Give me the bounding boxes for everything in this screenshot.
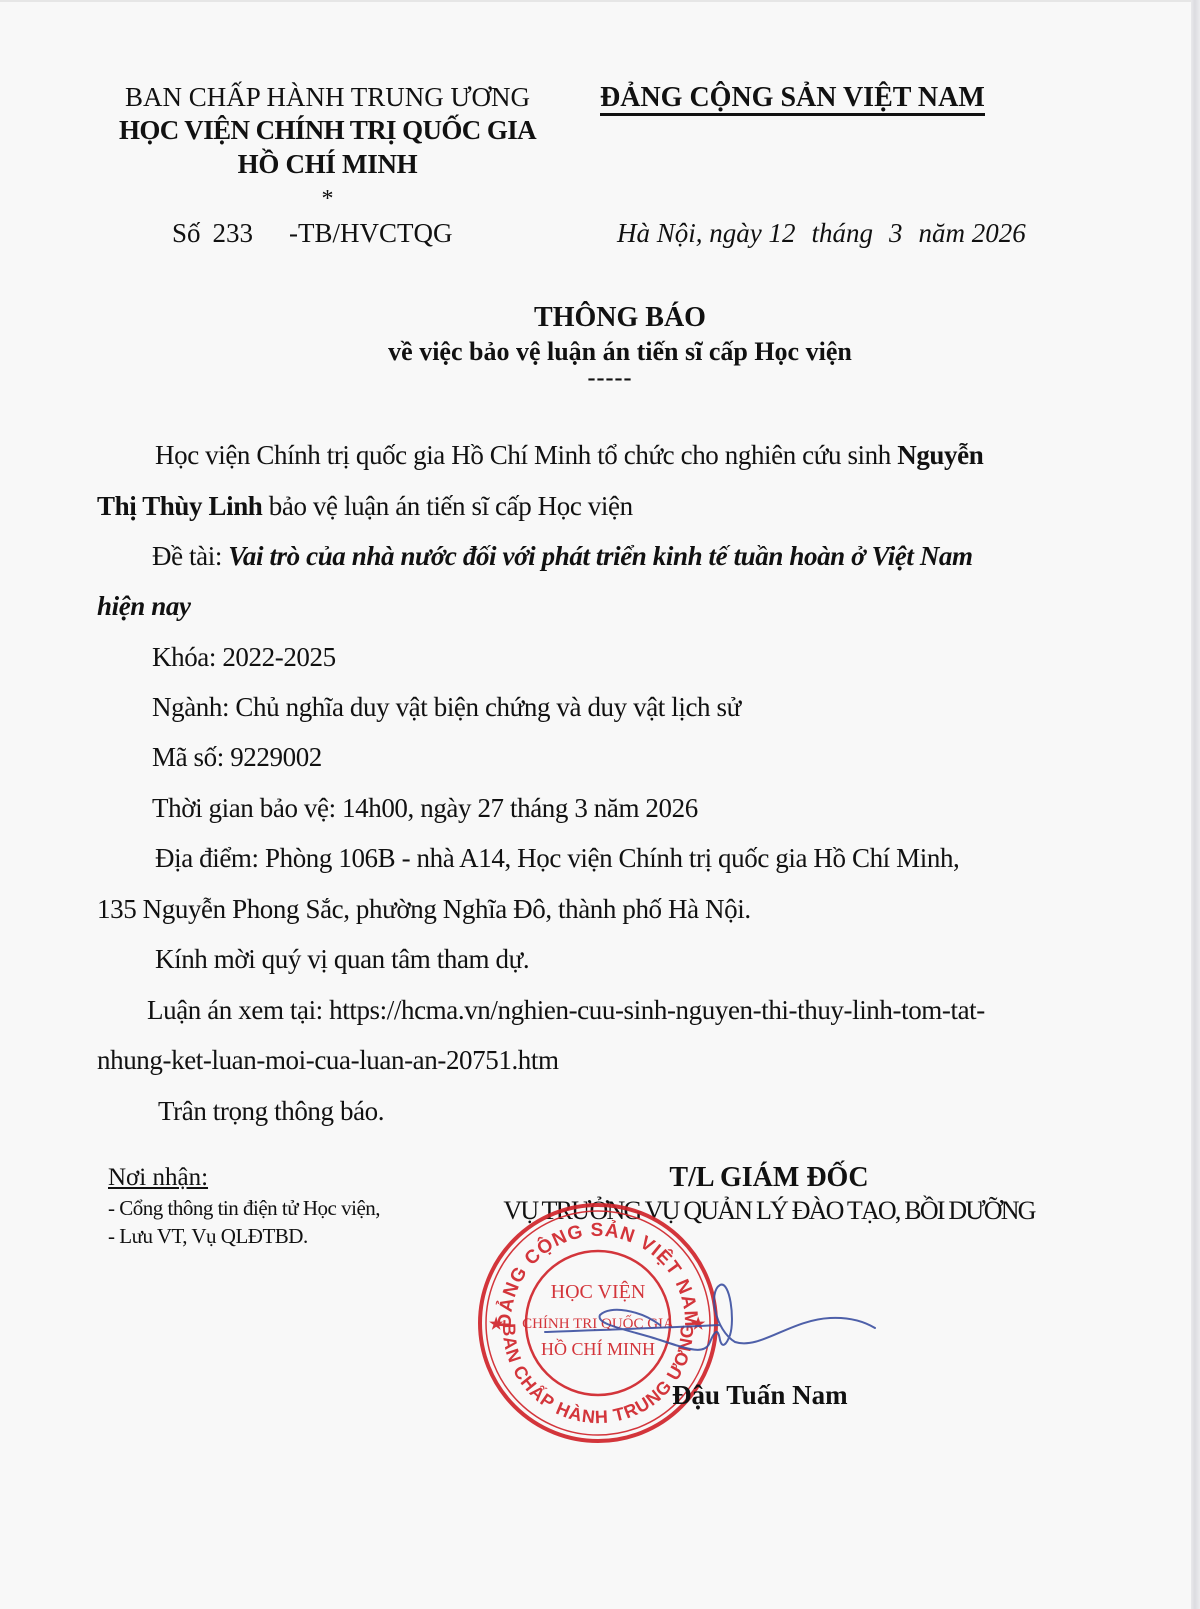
major-code: Mã số: 9229002 <box>152 742 322 773</box>
thesis-link[interactable]: https://hcma.vn/nghien-cuu-sinh-nguyen-t… <box>329 995 985 1025</box>
document-title: THÔNG BÁO <box>0 302 1200 334</box>
candidate-name-part2: Thị Thùy Linh <box>97 491 262 521</box>
topic-title: Vai trò của nhà nước đối với phát triển … <box>228 541 972 571</box>
major: Ngành: Chủ nghĩa duy vật biện chứng và d… <box>152 692 741 723</box>
handwritten-signature-icon <box>540 1270 880 1380</box>
location-cont: 135 Nguyễn Phong Sắc, phường Nghĩa Đô, t… <box>97 894 751 925</box>
closing: Trân trọng thông báo. <box>158 1096 384 1127</box>
recipient-item: - Cổng thông tin điện tử Học viện, <box>108 1196 380 1221</box>
location: Địa điểm: Phòng 106B - nhà A14, Học viện… <box>155 843 959 874</box>
header-star: * <box>95 186 560 213</box>
defense-time: Thời gian bảo vệ: 14h00, ngày 27 tháng 3… <box>152 793 698 824</box>
org-name-line1: HỌC VIỆN CHÍNH TRỊ QUỐC GIA <box>95 115 560 146</box>
thesis-link-line: Luận án xem tại: https://hcma.vn/nghien-… <box>147 995 985 1026</box>
candidate-name-part1: Nguyễn <box>897 440 983 470</box>
title-divider: ----- <box>0 365 1200 392</box>
issue-date: Hà Nội, ngày 12tháng3năm 2026 <box>617 218 1026 249</box>
intro-line-2: Thị Thùy Linh bảo vệ luận án tiến sĩ cấp… <box>97 491 633 522</box>
scrollbar[interactable] <box>1191 0 1200 1609</box>
document-number: Số233-TB/HVCTQG <box>172 218 453 249</box>
document-subject: về việc bảo vệ luận án tiến sĩ cấp Học v… <box>0 337 1200 367</box>
svg-text:★: ★ <box>489 1316 504 1333</box>
topic-line: Đề tài: Vai trò của nhà nước đối với phá… <box>152 541 973 572</box>
signature-on-behalf: T/L GIÁM ĐỐC <box>475 1162 1063 1194</box>
doc-number-value: 233 <box>213 218 254 248</box>
intro-line: Học viện Chính trị quốc gia Hồ Chí Minh … <box>155 440 983 471</box>
thesis-link-label: Luận án xem tại: <box>147 995 323 1025</box>
topic-label: Đề tài: <box>152 541 222 571</box>
signer-name: Đậu Tuấn Nam <box>672 1380 848 1411</box>
doc-number-prefix: Số <box>172 218 201 248</box>
org-parent: BAN CHẤP HÀNH TRUNG ƯƠNG <box>95 82 560 113</box>
doc-code: -TB/HVCTQG <box>289 218 453 248</box>
party-name: ĐẢNG CỘNG SẢN VIỆT NAM <box>600 82 985 116</box>
thesis-link-cont[interactable]: nhung-ket-luan-moi-cua-luan-an-20751.htm <box>97 1045 559 1076</box>
recipient-item: - Lưu VT, Vụ QLĐTBD. <box>108 1224 308 1249</box>
invitation: Kính mời quý vị quan tâm tham dự. <box>155 944 529 975</box>
page-top-border <box>0 0 1200 2</box>
org-name-line2: HỒ CHÍ MINH <box>95 149 560 180</box>
topic-title-cont: hiện nay <box>97 591 191 622</box>
course: Khóa: 2022-2025 <box>152 642 336 673</box>
recipients-label: Nơi nhận: <box>108 1164 208 1192</box>
